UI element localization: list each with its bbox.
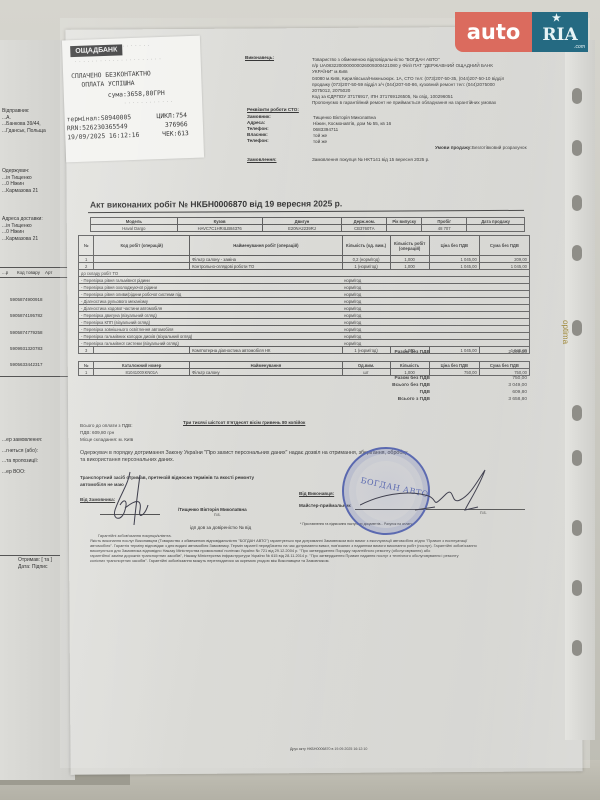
terminal-id: термінал:S0940005 [67, 114, 132, 123]
table-row: 2 Контрольно-оглядові роботи ТО 1 (норм/… [79, 263, 530, 270]
logo-auto-text: auto [455, 12, 532, 52]
cell: 1 045,00 [479, 263, 529, 270]
cell: Фільтр салону - заміна [190, 256, 343, 263]
print-stamp: Друк акту НКБН0006870 в 19.09.2025 16:12… [290, 747, 367, 751]
cell: 2 [79, 263, 94, 270]
cell: E20NA2239RJ [262, 225, 342, 232]
cell: 1 (норм/год) [342, 263, 390, 270]
cell: 3 [79, 347, 94, 354]
phone-value: 0683394711 [313, 127, 338, 132]
binder-hole [572, 520, 582, 536]
delivery-block: Адреса доставки: ...ія Тищенко ...0 Ніжи… [2, 216, 72, 242]
cell: норм/год [342, 277, 529, 284]
sub-item-row: - Перевірка двигуна (візуальний огляд)но… [79, 312, 530, 319]
logo-ria-text: RIA [542, 25, 577, 45]
divider [0, 277, 75, 278]
divider [0, 376, 75, 377]
text: ...та пропозиції: [2, 458, 72, 465]
cell: 1 [79, 256, 94, 263]
cell [467, 225, 525, 232]
address-label: Адреса: [247, 120, 265, 125]
divider [0, 267, 75, 268]
works-table: № Код робіт (операцій) Найменування робі… [78, 235, 530, 354]
binder-hole [572, 195, 582, 211]
col-header: Код робіт (операцій) [94, 236, 190, 256]
cell: норм/год [342, 333, 529, 340]
col-header: № [79, 362, 94, 369]
payment-result: ОПЛАТА УСПІШНА [81, 80, 134, 89]
col-header: Дата продажу [467, 218, 525, 225]
works-total-label: Разом без ПДВ [330, 350, 430, 355]
cell: - Перевірка рівня гальмівної рідини [79, 277, 343, 284]
total-no-vat-value: 3 049,00 [477, 383, 527, 388]
cell: - Діагностика ходової частини автомобіля [79, 305, 343, 312]
text: Код товару [17, 270, 40, 275]
sub-item-row: - Перевірка гальмівних колодок дисків (в… [79, 333, 530, 340]
payment-datetime: 19/09/2025 16:12:16 [67, 132, 139, 142]
col-header: Кількість (од. вим.) [342, 236, 390, 256]
cell: - Перевірка двигуна (візуальний огляд) [79, 312, 343, 319]
total-due-words: Три тисячі шістсот п'ятдесят вісім гриве… [183, 420, 305, 425]
vehicle-table: Модель Кузов Двигун Держ.ном. Рік випуск… [90, 217, 525, 232]
check-number: ЧЕК:613 [162, 130, 189, 138]
cell: 1,000 [390, 369, 429, 376]
col-header: Найменування робіт (операцій) [190, 236, 343, 256]
cell: 1 045,00 [429, 347, 479, 354]
sub-item-row: - Діагностика рульового механізмунорм/го… [79, 298, 530, 305]
total-with-vat-label: Всього з ПДВ [330, 397, 430, 402]
text: Арт [45, 270, 52, 275]
cell: норм/год [342, 298, 529, 305]
phone2-value: той же [313, 139, 327, 144]
address-value: Ніжин, Космонавтів, дом № 55, кв 16 [313, 121, 391, 126]
col-header: Сума без ПДВ [479, 236, 529, 256]
table-row: 3 Комп'ютерна діагностика автомобіля НК … [79, 347, 530, 354]
receipt-signoff: Отримав: [ та ] Дата: Підпис [18, 557, 75, 570]
binder-hole [572, 140, 582, 156]
col-header: Кузов [177, 218, 262, 225]
cell: HAVC7C1HR4LB84376 [177, 225, 262, 232]
rrn-number: RRN:526230365549 [67, 123, 128, 132]
cell: - Перевірка рівня охолоджуючої рідини [79, 284, 343, 291]
sub-item-row: - Перевірка рівня оливи/рідини робочої с… [79, 291, 530, 298]
product-code: 5905633442317 [10, 362, 43, 369]
recipient-block: Одержувач: ...ія Тищенко ...0 Ніжин ...К… [2, 168, 72, 194]
auth-code: 376966 [165, 121, 188, 129]
cell: 0,2 (норм/год) [342, 256, 390, 263]
cell: 1,000 [390, 263, 429, 270]
binder-hole [572, 450, 582, 466]
sub-items: - Перевірка рівня гальмівної рідининорм/… [79, 277, 530, 347]
binder-hole [572, 405, 582, 421]
sub-item-row: - Перевірка гальмівної системи (візуальн… [79, 340, 530, 347]
text: ...Кармазова 21 [2, 188, 72, 195]
bank-logo: ОЩАДБАНК [70, 44, 122, 57]
cell: СВ3760ТА [342, 225, 387, 232]
cell [94, 347, 190, 354]
customer-value: Тищенко Вікторія Миколаївна [313, 115, 376, 120]
sub-item-row: - Перевірка рівня гальмівної рідининорм/… [79, 277, 530, 284]
binder-hole [572, 88, 582, 104]
table-row: 1 8104100XKN01A Фільтр салону шт 1,000 7… [79, 369, 530, 376]
phone-label: Телефон: [247, 126, 269, 131]
place-line: Місце складання: м. Київ [80, 437, 133, 442]
customer-signature-label: Від Замовника: [80, 497, 115, 502]
sleeve-brand-label: optima [561, 320, 570, 344]
cell [94, 263, 190, 270]
cell: 209,00 [479, 256, 529, 263]
cell: Комп'ютерна діагностика автомобіля НК [190, 347, 343, 354]
col-header: Держ.ном. [342, 218, 387, 225]
phone2-label: Телефон: [247, 138, 269, 143]
text: Дата: Підпис [18, 564, 75, 571]
col-header: Ціна без ПДВ [429, 236, 479, 256]
product-code: 5905874900918 [10, 297, 43, 304]
received-text: автомобіля не маю [80, 482, 124, 487]
vat-line: ПДВ: 609,80 грн [80, 430, 114, 435]
vat-value: 609,80 [477, 390, 527, 395]
customer-name: /Тищенко Вікторія Миколаївна [178, 507, 247, 512]
total-due-label: Всього до оплати з ПДВ: [80, 423, 133, 428]
cell: 1 [79, 369, 94, 376]
consent-text: та використання персональних даних. [80, 457, 174, 463]
table-row: 1 Фільтр салону - заміна 0,2 (норм/год) … [79, 256, 530, 263]
binder-hole [572, 245, 582, 261]
cell: - Перевірка зовнішнього освітлення автом… [79, 326, 343, 333]
receipt-fineprint: · · · · · · · · · · · · [124, 100, 173, 106]
col-header: Рік випуску [387, 218, 422, 225]
cell: - Перевірка КПП (візуальний огляд) [79, 319, 343, 326]
sender-block: Відправник: ...А. ...Банкова 39/44, ...Г… [2, 108, 72, 134]
sub-item-row: - Перевірка КПП (візуальний огляд)норм/г… [79, 319, 530, 326]
cycle-number: ЦИКЛ:754 [157, 112, 188, 120]
executor-label: Виконавець: [245, 55, 274, 60]
customer-label: Замовник: [247, 114, 271, 119]
col-header: Кількість [390, 362, 429, 369]
cell: Haval Dargo [91, 225, 178, 232]
col-header: Модель [91, 218, 178, 225]
total-no-vat-label: Всього без ПДВ [330, 383, 430, 388]
executor-signature-label: Від Виконавця: [299, 491, 334, 496]
pp-mark: П.Б. [480, 511, 487, 515]
binder-hole [572, 640, 582, 656]
cell: норм/год [342, 326, 529, 333]
cell: норм/год [342, 291, 529, 298]
col-header: Найменування [190, 362, 343, 369]
cell [94, 256, 190, 263]
autoria-logo: auto ★ RIA .com [455, 12, 588, 52]
text: ...Кармазова 21 [2, 236, 72, 243]
product-code: 5905874779258 [10, 330, 43, 337]
text: Пропонуємо в гарантійний ремонт не прийм… [312, 100, 504, 106]
payment-terms-value: Безготівковий розрахунок [472, 145, 542, 150]
cell: - Перевірка рівня оливи/рідини робочої с… [79, 291, 343, 298]
cell: норм/год [342, 319, 529, 326]
cell: 1,000 [390, 256, 429, 263]
text: ...ер замовлення: [2, 437, 72, 444]
col-header: Двигун [262, 218, 342, 225]
cell: норм/год [342, 340, 529, 347]
pp-mark: П.Б. [214, 513, 221, 517]
cell: 750,00 [479, 369, 529, 376]
order-value: Замовлення покупця № НКТ141 від 15 верес… [312, 157, 429, 162]
product-code: 5909931320783 [10, 346, 43, 353]
col-header: Од.вим. [342, 362, 390, 369]
binder-hole [572, 580, 582, 596]
order-label: Замовлення: [247, 157, 277, 162]
parts-subtotal-label: Разом без ПДВ [330, 376, 430, 381]
cell: 1 045,00 [429, 263, 479, 270]
table-header: ...р Код товару Арт [2, 270, 52, 277]
text: ...ер ВОО: [2, 469, 72, 476]
col-header: Пробіг [422, 218, 467, 225]
product-code: 5905874195782 [10, 313, 43, 320]
cell: - Діагностика рульового механізму [79, 298, 343, 305]
cell: норм/год [342, 284, 529, 291]
payment-receipt: ОЩАДБАНК · · · · · · · · · · · · · · · ·… [62, 36, 204, 163]
receipt-fineprint: · · · · · · · · · · · · · · · · · · · · … [75, 57, 161, 64]
total-with-vat-value: 3 658,80 [477, 397, 527, 402]
sub-item-row: - Перевірка зовнішнього освітлення автом… [79, 326, 530, 333]
text: ...гнеться (або): [2, 448, 72, 455]
col-header: Сума без ПДВ [479, 362, 529, 369]
payment-amount: сума:3658,80ГРН [108, 90, 165, 99]
col-header: Кількість робіт (операцій) [390, 236, 429, 256]
underlying-invoice-page: Відправник: ...А. ...Банкова 39/44, ...Г… [0, 40, 75, 780]
payment-terms-label: Умови продажу: [435, 145, 472, 150]
text: ...р [2, 270, 8, 275]
cell: норм/год [342, 305, 529, 312]
act-title: Акт виконаних робіт № НКБН0006870 від 19… [90, 198, 342, 209]
parts-subtotal-value: 750,00 [477, 376, 527, 381]
cell: Фільтр салону [190, 369, 343, 376]
cell: 48 707 [422, 225, 467, 232]
cell: Контрольно-оглядові роботи ТО [190, 263, 343, 270]
cell [387, 225, 422, 232]
cell: 1 045,00 [429, 256, 479, 263]
signature-line [100, 514, 160, 515]
sub-item-row: - Перевірка рівня охолоджуючої рідининор… [79, 284, 530, 291]
owner-value: той же [313, 133, 327, 138]
text: 04080 м.Київ, Кирилівська/Нижньоюрк. 1А,… [312, 76, 504, 82]
cell: шт [342, 369, 390, 376]
cell: - Перевірка гальмівних колодок дисків (в… [79, 333, 343, 340]
col-header: Ціна без ПДВ [429, 362, 479, 369]
col-header: № [79, 236, 94, 256]
parts-table: № Каталожний номер Найменування Од.вим. … [78, 361, 530, 376]
sto-details-label: Реквізити роботи СТО: [247, 107, 299, 112]
sub-item-row: - Діагностика ходової частини автомобіля… [79, 305, 530, 312]
cell: - Перевірка гальмівної системи (візуальн… [79, 340, 343, 347]
text: ...Гданськ, Польща [2, 128, 72, 135]
cell: 750,00 [429, 369, 479, 376]
logo-domain-text: .com [574, 44, 585, 50]
proxy-line: ідп дов за довіреністю № від [190, 525, 251, 530]
vat-label: ПДВ [330, 390, 430, 395]
received-text: Транспортний засіб отримав, претензій ві… [80, 475, 254, 480]
divider [0, 555, 60, 556]
binder-hole [572, 320, 582, 336]
cell: 8104100XKN01A [94, 369, 190, 376]
logo-ria-block: ★ RIA .com [532, 12, 588, 52]
subgroup-label: до складу робіт ТО [79, 270, 530, 277]
executor-details: Товариство з обмеженою відповідальністю … [312, 57, 504, 107]
owner-label: Власник: [247, 132, 268, 137]
works-total-value: 2 299,00 [477, 350, 527, 355]
cell: норм/год [342, 312, 529, 319]
col-header: Каталожний номер [94, 362, 190, 369]
table-row: до складу робіт ТО [79, 270, 530, 277]
warranty-text: колісних транспортних засобів". Гарантій… [90, 558, 530, 563]
payment-status: СПЛАЧЕНО БЕЗКОНТАКТНО [71, 70, 151, 80]
receipt-fineprint: · · · · · · · [122, 43, 150, 48]
order-footer: ...ер замовлення: ...гнеться (або): ...т… [2, 437, 72, 475]
star-icon: ★ [552, 13, 561, 24]
